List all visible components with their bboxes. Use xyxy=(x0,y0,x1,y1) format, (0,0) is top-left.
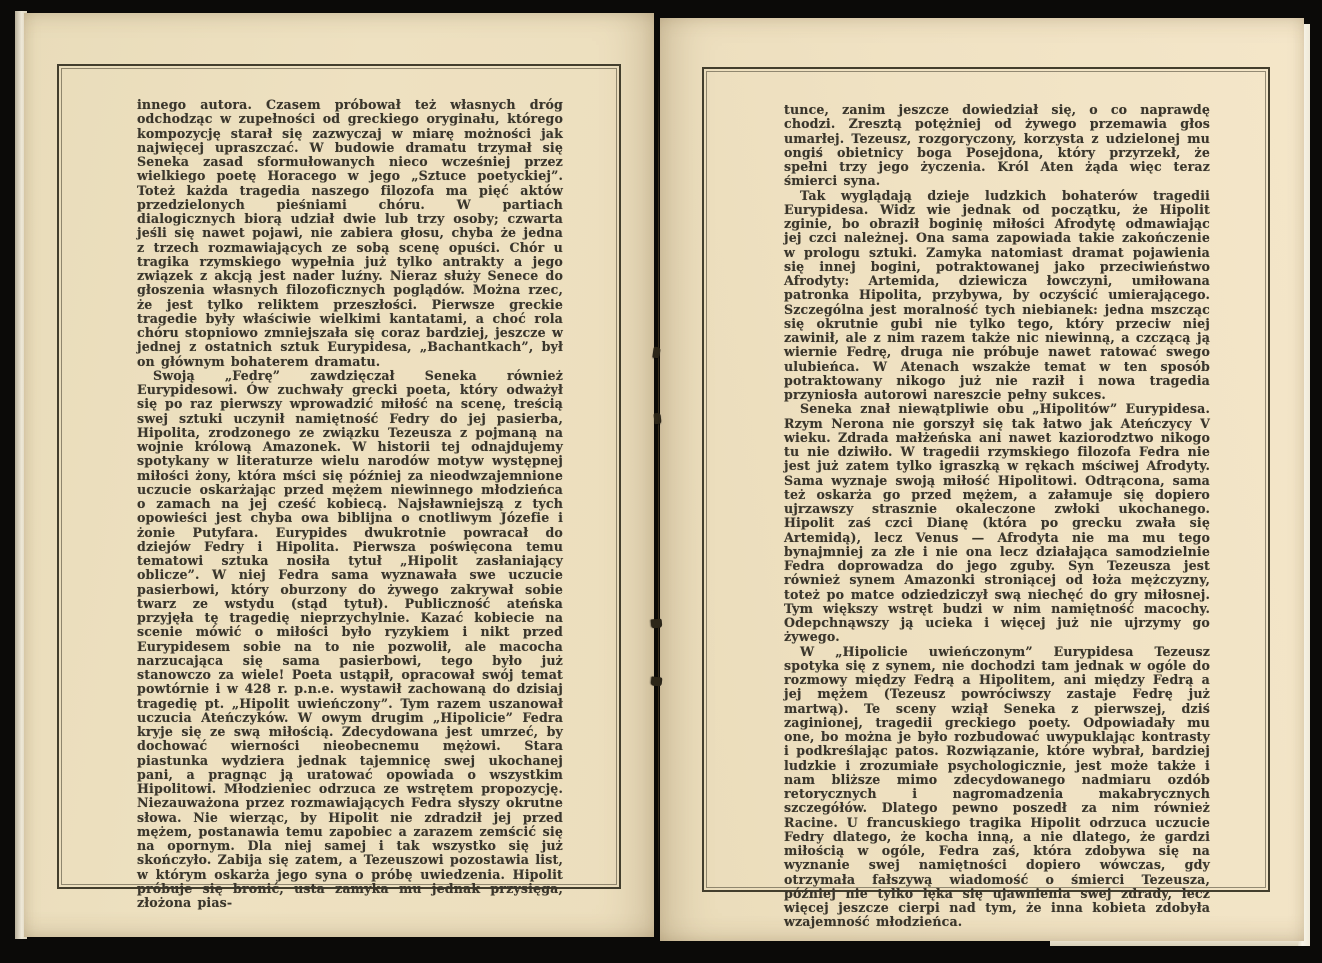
paragraph: innego autora. Czasem próbował też własn… xyxy=(137,98,563,369)
paragraph: tunce, zanim jeszcze dowiedział się, o c… xyxy=(784,103,1210,189)
right-page-text: tunce, zanim jeszcze dowiedział się, o c… xyxy=(784,103,1210,930)
binding-stitch xyxy=(653,413,661,425)
photo-background: innego autora. Czasem próbował też własn… xyxy=(0,0,1322,963)
paragraph: Seneka znał niewątpliwie obu „Hipolitów”… xyxy=(784,402,1210,644)
left-page: innego autora. Czasem próbował też własn… xyxy=(24,13,654,937)
binding-stitch xyxy=(651,676,663,686)
left-page-text: innego autora. Czasem próbował też własn… xyxy=(137,98,563,910)
right-page: tunce, zanim jeszcze dowiedział się, o c… xyxy=(660,18,1304,941)
paragraph: Tak wyglądają dzieje ludzkich bohaterów … xyxy=(784,189,1210,403)
paragraph: Swoją „Fedrę” zawdzięczał Seneka również… xyxy=(137,369,563,911)
binding-fold-crease xyxy=(658,55,659,915)
paragraph: W „Hipolicie uwieńczonym” Eurypidesa Tez… xyxy=(784,645,1210,930)
binding-stitch xyxy=(651,619,663,629)
